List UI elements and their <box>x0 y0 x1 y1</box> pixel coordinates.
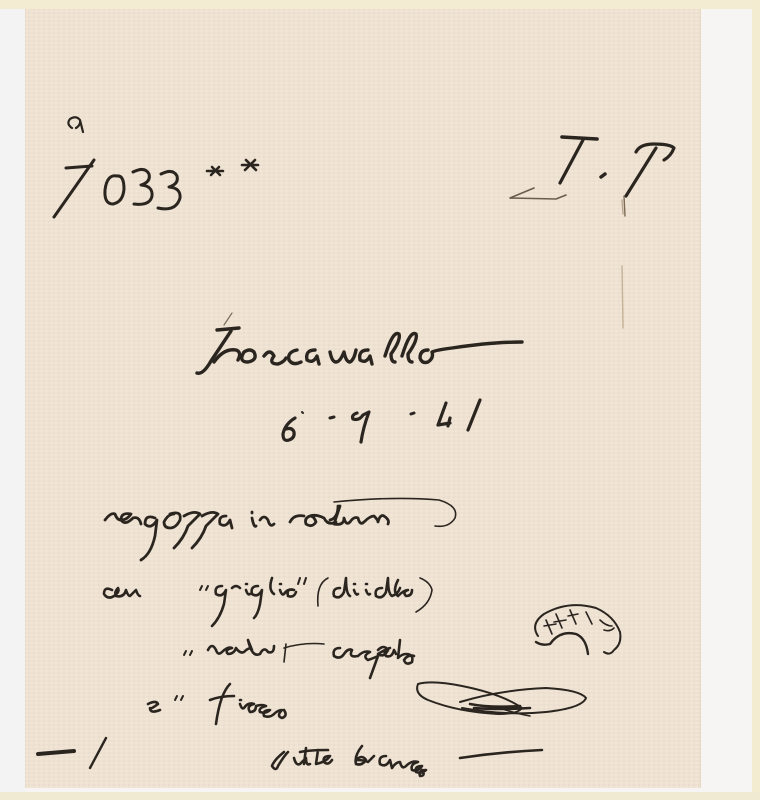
initials: I. T. <box>540 135 622 186</box>
mount-top-strip <box>0 0 760 9</box>
note-line-5: tutto bianco <box>270 745 454 780</box>
mount-right-strip <box>752 0 760 800</box>
margin-mark: – 1 <box>38 740 82 775</box>
inventory-superscript: a <box>70 112 83 137</box>
note-line-4: e “ fiocco <box>140 690 282 725</box>
note-line-1: ragazza in costume <box>100 500 434 540</box>
inventory-marks: ** <box>205 150 233 183</box>
inventory-number: 7033 <box>60 140 162 186</box>
paper-texture <box>25 9 701 788</box>
mount-left <box>0 9 25 792</box>
paper-sheet <box>25 9 701 788</box>
note-line-2: con “griglia” (di dietro) <box>100 570 456 605</box>
mount-bottom-strip <box>0 792 760 800</box>
place-name: Groscavallo <box>200 335 462 386</box>
note-line-3: “nastro crespato <box>180 630 433 665</box>
date: 6 · 9 · 41 <box>280 400 440 441</box>
